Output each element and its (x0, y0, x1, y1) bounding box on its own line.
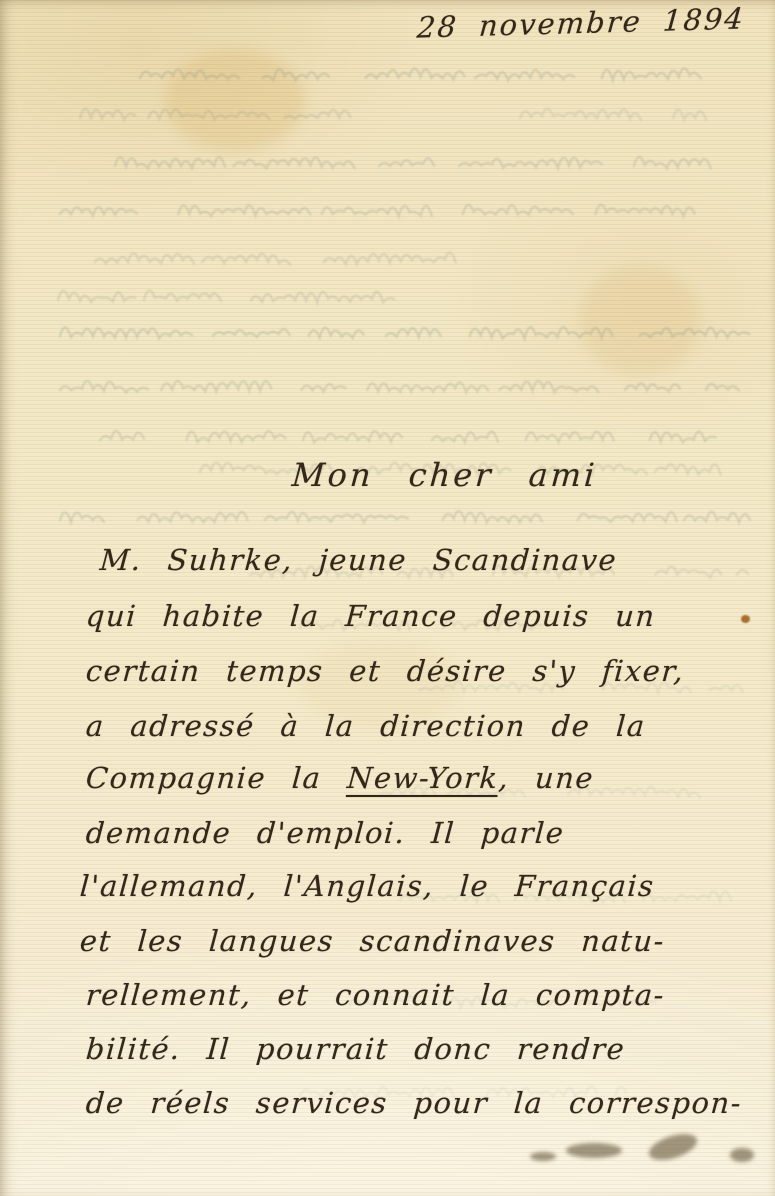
paper-edge-vignette (0, 0, 775, 1196)
letter-page: 28 novembre 1894 Mon cher ami M. Suhrke,… (0, 0, 775, 1196)
